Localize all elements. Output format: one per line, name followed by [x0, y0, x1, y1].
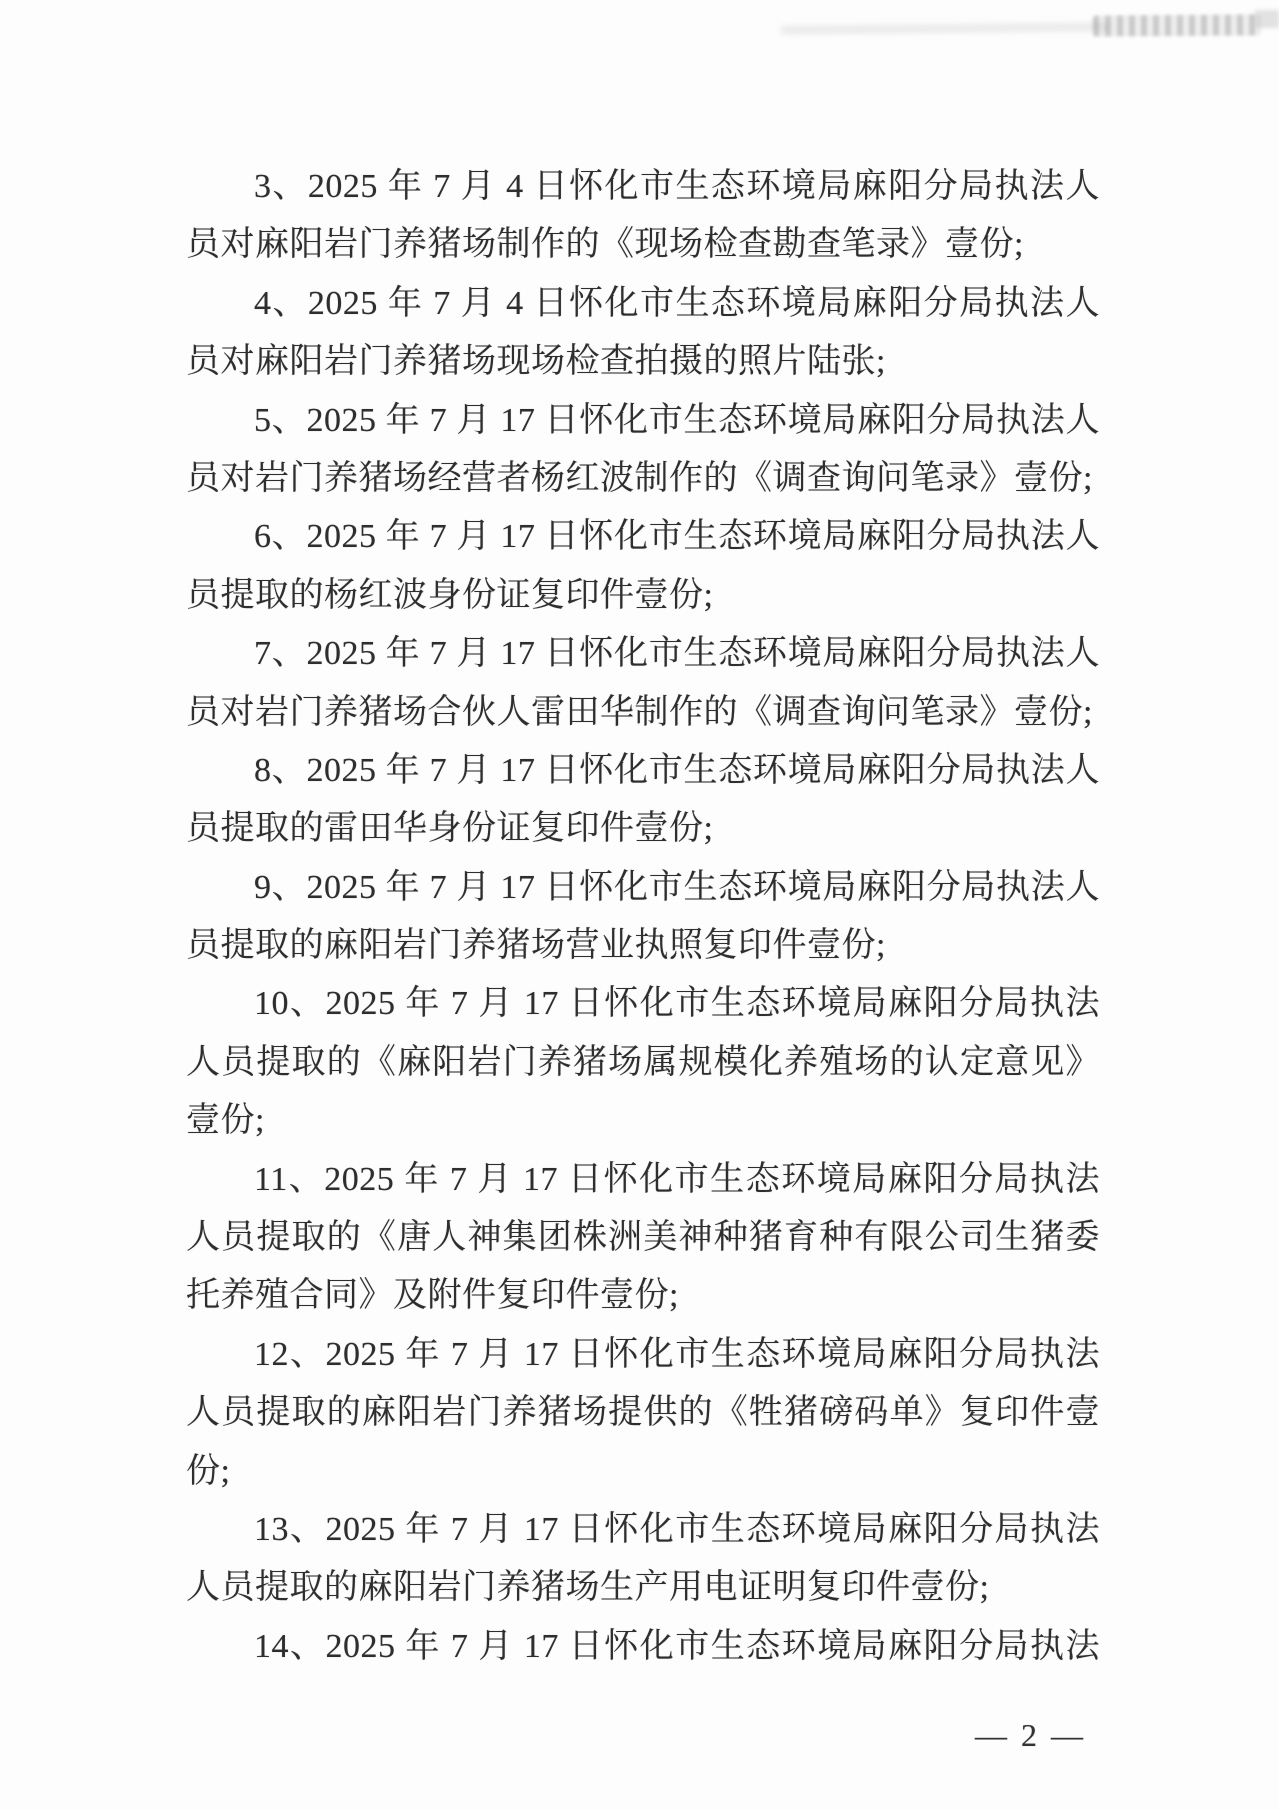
text-line: 员提取的杨红波身份证复印件壹份; [186, 567, 1100, 625]
text-line: 14、2025 年 7 月 17 日怀化市生态环境局麻阳分局执法 [186, 1618, 1100, 1676]
scanned-page: 3、2025 年 7 月 4 日怀化市生态环境局麻阳分局执法人 员对麻阳岩门养猪… [0, 0, 1279, 1810]
page-number: — 2 — [975, 1715, 1086, 1755]
text-line: 11、2025 年 7 月 17 日怀化市生态环境局麻阳分局执法 [186, 1151, 1100, 1209]
text-line: 托养殖合同》及附件复印件壹份; [186, 1267, 1100, 1325]
text-line: 人员提取的麻阳岩门养猪场提供的《牲猪磅码单》复印件壹 [186, 1384, 1100, 1442]
text-line: 12、2025 年 7 月 17 日怀化市生态环境局麻阳分局执法 [186, 1326, 1100, 1384]
text-line: 份; [186, 1443, 1100, 1501]
text-line: 员提取的雷田华身份证复印件壹份; [186, 800, 1100, 858]
text-line: 员对麻阳岩门养猪场现场检查拍摄的照片陆张; [186, 333, 1100, 391]
text-line: 7、2025 年 7 月 17 日怀化市生态环境局麻阳分局执法人 [186, 625, 1100, 683]
text-line: 员对岩门养猪场经营者杨红波制作的《调查询问笔录》壹份; [186, 450, 1100, 508]
scan-smudge-artifact [780, 22, 1110, 34]
document-body: 3、2025 年 7 月 4 日怀化市生态环境局麻阳分局执法人 员对麻阳岩门养猪… [186, 158, 1100, 1676]
text-line: 壹份; [186, 1092, 1100, 1150]
scan-smudge-artifact [1093, 14, 1261, 36]
text-line: 9、2025 年 7 月 17 日怀化市生态环境局麻阳分局执法人 [186, 859, 1100, 917]
text-line: 人员提取的麻阳岩门养猪场生产用电证明复印件壹份; [186, 1559, 1100, 1617]
text-line: 员提取的麻阳岩门养猪场营业执照复印件壹份; [186, 917, 1100, 975]
text-line: 10、2025 年 7 月 17 日怀化市生态环境局麻阳分局执法 [186, 975, 1100, 1033]
text-line: 3、2025 年 7 月 4 日怀化市生态环境局麻阳分局执法人 [186, 158, 1100, 216]
text-line: 4、2025 年 7 月 4 日怀化市生态环境局麻阳分局执法人 [186, 275, 1100, 333]
text-line: 5、2025 年 7 月 17 日怀化市生态环境局麻阳分局执法人 [186, 392, 1100, 450]
text-line: 员对岩门养猪场合伙人雷田华制作的《调查询问笔录》壹份; [186, 684, 1100, 742]
text-line: 6、2025 年 7 月 17 日怀化市生态环境局麻阳分局执法人 [186, 508, 1100, 566]
scan-smudge-artifact [1255, 10, 1279, 28]
text-line: 8、2025 年 7 月 17 日怀化市生态环境局麻阳分局执法人 [186, 742, 1100, 800]
text-line: 人员提取的《麻阳岩门养猪场属规模化养殖场的认定意见》 [186, 1034, 1100, 1092]
text-line: 13、2025 年 7 月 17 日怀化市生态环境局麻阳分局执法 [186, 1501, 1100, 1559]
text-line: 人员提取的《唐人神集团株洲美神种猪育种有限公司生猪委 [186, 1209, 1100, 1267]
text-line: 员对麻阳岩门养猪场制作的《现场检查勘查笔录》壹份; [186, 216, 1100, 274]
